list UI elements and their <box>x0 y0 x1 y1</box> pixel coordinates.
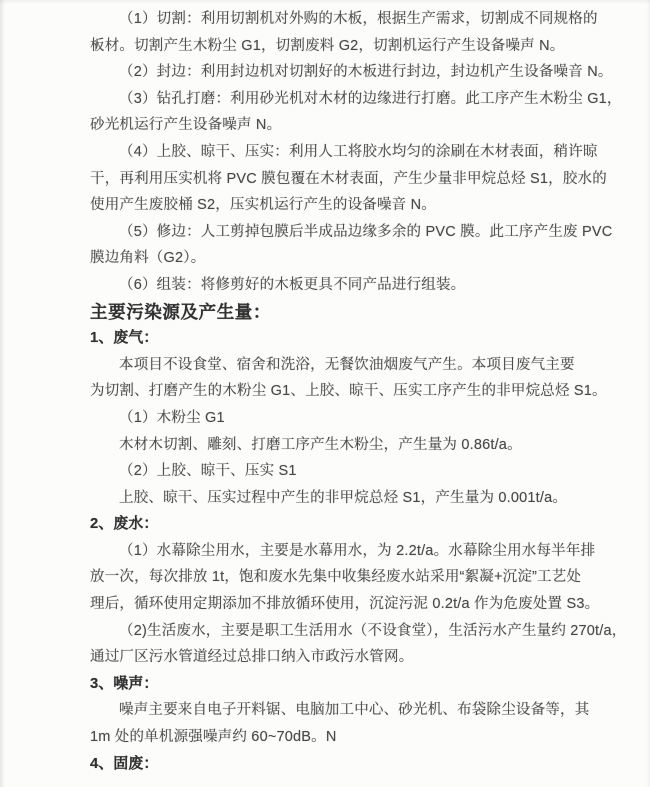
text-line: （2）上胶、晾干、压实 S1 <box>90 458 568 485</box>
text-line: （1）水幕除尘用水，主要是水幕用水，为 2.2t/a。水幕除尘用水每半年排 <box>90 538 568 565</box>
text-line: （1）木粉尘 G1 <box>90 405 568 432</box>
scan-edge-shadow-top <box>0 0 650 4</box>
text-line: 为切割、打磨产生的木粉尘 G1、上胶、晾干、压实工序产生的非甲烷总烃 S1。 <box>90 378 568 405</box>
text-line: 膜边角料（G2）。 <box>90 245 568 272</box>
text-line: （5）修边：人工剪掉包膜后半成品边缘多余的 PVC 膜。此工序产生废 PVC <box>90 219 568 246</box>
document-text-block: （1）切割：利用切割机对外购的木板，根据生产需求，切割成不同规格的板材。切割产生… <box>90 6 568 777</box>
text-line: （4）上胶、晾干、压实：利用人工将胶水均匀的涂刷在木材表面，稍许晾 <box>90 139 568 166</box>
text-line: 干，再利用压实机将 PVC 膜包覆在木材表面，产生少量非甲烷总烃 S1，胶水的 <box>90 166 568 193</box>
text-line: 理后，循环使用定期添加不排放循环使用，沉淀污泥 0.2t/a 作为危废处置 S3… <box>90 591 568 618</box>
text-line: （2)生活废水，主要是职工生活用水（不设食堂），生活污水产生量约 270t/a， <box>90 618 568 645</box>
scan-edge-shadow-left <box>0 0 5 787</box>
text-line: 上胶、晾干、压实过程中产生的非甲烷总烃 S1，产生量为 0.001t/a。 <box>90 485 568 512</box>
text-line: 噪声主要来自电子开料锯、电脑加工中心、砂光机、布袋除尘设备等，其 <box>90 697 568 724</box>
text-line: （6）组装：将修剪好的木板更具不同产品进行组装。 <box>90 272 568 299</box>
subsection-heading: 2、废水： <box>90 511 568 538</box>
text-line: 放一次，每次排放 1t，饱和废水先集中收集经废水站采用“絮凝+沉淀”工艺处 <box>90 564 568 591</box>
main-heading: 主要污染源及产生量： <box>90 299 568 326</box>
subsection-heading: 3、噪声： <box>90 671 568 698</box>
text-line: 板材。切割产生木粉尘 G1，切割废料 G2，切割机运行产生设备噪声 N。 <box>90 33 568 60</box>
text-line: （1）切割：利用切割机对外购的木板，根据生产需求，切割成不同规格的 <box>90 6 568 33</box>
subsection-heading: 4、固废： <box>90 751 568 778</box>
text-line: 通过厂区污水管道经过总排口纳入市政污水管网。 <box>90 644 568 671</box>
scanned-document-page: （1）切割：利用切割机对外购的木板，根据生产需求，切割成不同规格的板材。切割产生… <box>0 0 650 787</box>
text-line: 砂光机运行产生设备噪声 N。 <box>90 112 568 139</box>
text-line: 本项目不设食堂、宿舍和洗浴，无餐饮油烟废气产生。本项目废气主要 <box>90 352 568 379</box>
text-line: 1m 处的单机源强噪声约 60~70dB。N <box>90 724 568 751</box>
text-line: 使用产生废胶桶 S2，压实机运行产生的设备噪音 N。 <box>90 192 568 219</box>
subsection-heading: 1、废气： <box>90 325 568 352</box>
text-line: （2）封边：利用封边机对切割好的木板进行封边，封边机产生设备噪音 N。 <box>90 59 568 86</box>
text-line: 木材木切割、雕刻、打磨工序产生木粉尘，产生量为 0.86t/a。 <box>90 432 568 459</box>
text-line: （3）钻孔打磨：利用砂光机对木材的边缘进行打磨。此工序产生木粉尘 G1， <box>90 86 568 113</box>
